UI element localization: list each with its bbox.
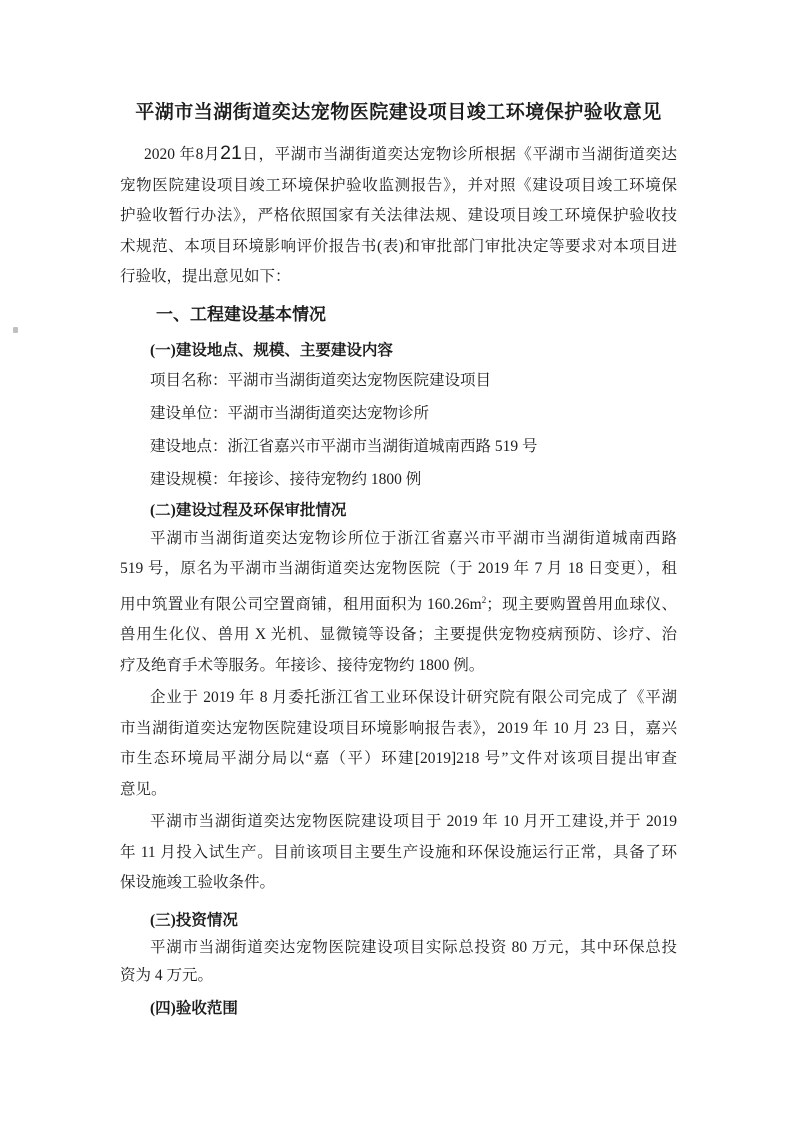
- paragraph1-line1-post: 日，平湖市当湖街道奕达宠物诊所根据《平湖市当湖街道奕达: [242, 146, 677, 163]
- subsection3-heading: (三)投资情况: [120, 908, 677, 934]
- paragraph1-line4: 术规范、本项目环境影响评价报告书(表)和审批部门审批决定等要求对本项目进: [120, 232, 677, 263]
- paragraph3-line1: 企业于 2019 年 8 月委托浙江省工业环保设计研究院有限公司完成了《平湖: [120, 683, 677, 714]
- section1-heading: 一、工程建设基本情况: [120, 300, 677, 330]
- paragraph3-line2: 市当湖街道奕达宠物医院建设项目环境影响报告表》，2019 年 10 月 23 日…: [120, 714, 677, 745]
- paragraph1-line1-pre: 2020 年8月: [144, 146, 220, 163]
- paragraph4-line2: 年 11 月投入试生产。目前该项目主要生产设施和环保设施运行正常，具备了环: [120, 838, 677, 869]
- inserted-day-number: 21: [220, 142, 242, 164]
- scanned-document-page: 平湖市当湖街道奕达宠物医院建设项目竣工环境保护验收意见 2020 年8月21日，…: [0, 0, 800, 1131]
- paragraph2-line3: 用中筑置业有限公司空置商铺，租用面积为 160.26m2；现主要购置兽用血球仪、: [120, 585, 677, 621]
- info-item-construction-site: 建设地点：浙江省嘉兴市平湖市当湖街道城南西路 519 号: [120, 430, 677, 463]
- paragraph1-line1: 2020 年8月21日，平湖市当湖街道奕达宠物诊所根据《平湖市当湖街道奕达: [120, 140, 677, 171]
- subsection4-heading: (四)验收范围: [120, 996, 677, 1022]
- paragraph2-line3-post: ；现主要购置兽用血球仪、: [486, 596, 677, 613]
- paragraph2-line3-pre: 用中筑置业有限公司空置商铺，租用面积为 160.26m: [120, 596, 482, 613]
- paragraph2-line1: 平湖市当湖街道奕达宠物诊所位于浙江省嘉兴市平湖市当湖街道城南西路: [120, 524, 677, 555]
- paragraph5-line1: 平湖市当湖街道奕达宠物医院建设项目实际总投资 80 万元，其中环保总投: [120, 934, 677, 963]
- info-item-construction-unit: 建设单位：平湖市当湖街道奕达宠物诊所: [120, 397, 677, 430]
- info-item-project-name: 项目名称：平湖市当湖街道奕达宠物医院建设项目: [120, 364, 677, 397]
- scan-artifact-speck: [13, 327, 18, 333]
- paragraph2-line2: 519 号，原名为平湖市当湖街道奕达宠物医院（于 2019 年 7 月 18 日…: [120, 554, 677, 585]
- paragraph1-line5: 行验收，提出意见如下：: [120, 262, 677, 293]
- document-title: 平湖市当湖街道奕达宠物医院建设项目竣工环境保护验收意见: [120, 100, 677, 126]
- paragraph5-line2: 资为 4 万元。: [120, 962, 677, 991]
- info-item-construction-scale: 建设规模：年接诊、接待宠物约 1800 例: [120, 463, 677, 496]
- paragraph2-line5: 疗及绝育手术等服务。年接诊、接待宠物约 1800 例。: [120, 651, 677, 682]
- document-content: 平湖市当湖街道奕达宠物医院建设项目竣工环境保护验收意见 2020 年8月21日，…: [120, 100, 677, 1022]
- paragraph4-line3: 保设施竣工验收条件。: [120, 868, 677, 899]
- paragraph1-line3: 护验收暂行办法》，严格依照国家有关法律法规、建设项目竣工环境保护验收技: [120, 201, 677, 232]
- paragraph3-line3: 市生态环境局平湖分局以“嘉（平）环建[2019]218 号”文件对该项目提出审查: [120, 744, 677, 775]
- paragraph4-line1: 平湖市当湖街道奕达宠物医院建设项目于 2019 年 10 月开工建设,并于 20…: [120, 807, 677, 838]
- subsection1-heading: (一)建设地点、规模、主要建设内容: [120, 338, 677, 364]
- paragraph3-line4: 意见。: [120, 775, 677, 806]
- paragraph1-line2: 宠物医院建设项目竣工环境保护验收监测报告》，并对照《建设项目竣工环境保: [120, 171, 677, 202]
- paragraph2-line4: 兽用生化仪、兽用 X 光机、显微镜等设备；主要提供宠物疫病预防、诊疗、治: [120, 620, 677, 651]
- subsection2-heading: (二)建设过程及环保审批情况: [120, 498, 677, 524]
